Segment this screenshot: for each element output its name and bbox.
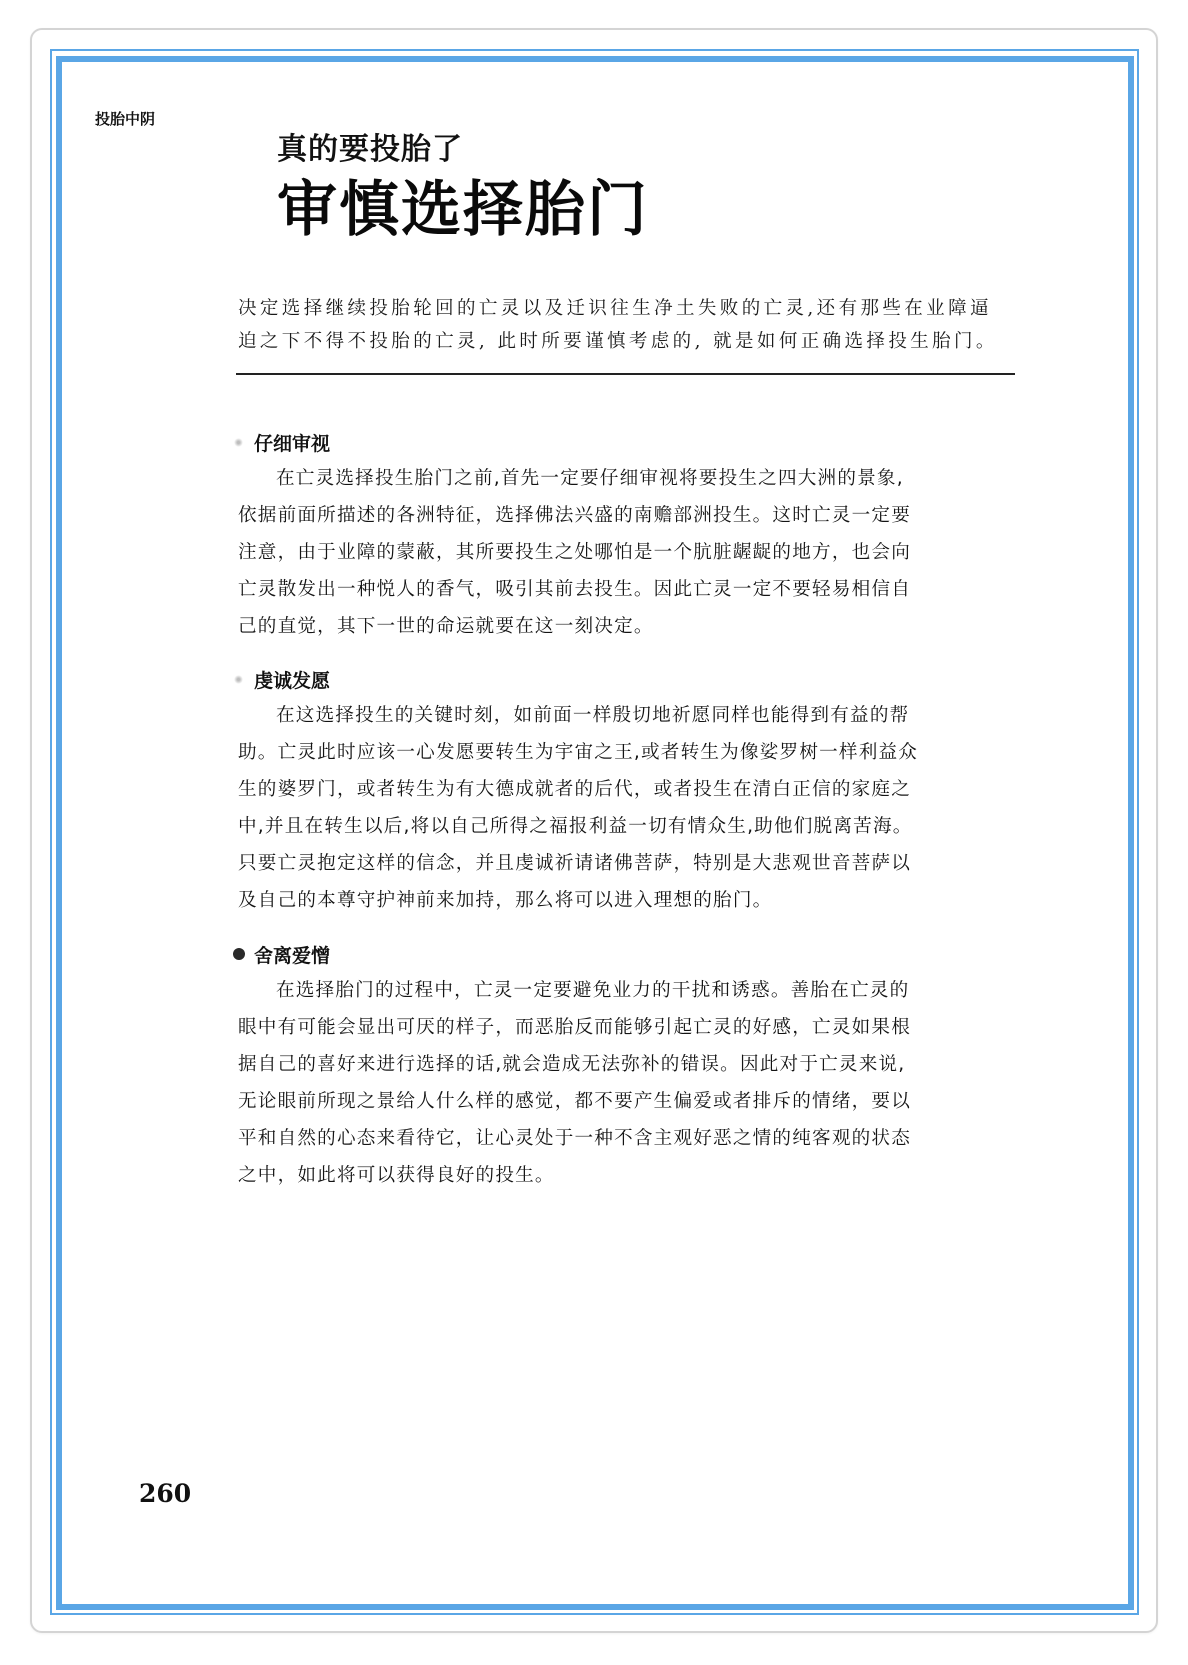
section-renounce-love-hate: 舍离爱憎 在选择胎门的过程中，亡灵一定要避免业力的干扰和诱惑。善胎在亡灵的 眼中… bbox=[238, 940, 1028, 1194]
lotus-bullet-icon bbox=[232, 435, 246, 449]
body-line: 在亡灵选择投生胎门之前,首先一定要仔细审视将要投生之四大洲的景象, bbox=[238, 460, 1028, 497]
intro-paragraph: 决定选择继续投胎轮回的亡灵以及迁识往生净土失败的亡灵,还有那些在业障逼 迫之下不… bbox=[238, 292, 1018, 358]
page-title: 审慎选择胎门 bbox=[277, 180, 649, 240]
body-line: 无论眼前所现之景给人什么样的感觉，都不要产生偏爱或者排斥的情绪，要以 bbox=[238, 1083, 1028, 1120]
body-line: 之中，如此将可以获得良好的投生。 bbox=[238, 1157, 1028, 1194]
body-line: 在选择胎门的过程中，亡灵一定要避免业力的干扰和诱惑。善胎在亡灵的 bbox=[238, 972, 1028, 1009]
body-line: 生的婆罗门，或者转生为有大德成就者的后代，或者投生在清白正信的家庭之 bbox=[238, 771, 1028, 808]
body-line: 亡灵散发出一种悦人的香气，吸引其前去投生。因此亡灵一定不要轻易相信自 bbox=[238, 571, 1028, 608]
body-line: 己的直觉，其下一世的命运就要在这一刻决定。 bbox=[238, 608, 1028, 645]
section-heading: 仔细审视 bbox=[232, 428, 1028, 456]
body-line: 据自己的喜好来进行选择的话,就会造成无法弥补的错误。因此对于亡灵来说, bbox=[238, 1046, 1028, 1083]
section-heading-text: 舍离爱憎 bbox=[254, 941, 330, 968]
running-head: 投胎中阴 bbox=[95, 108, 155, 129]
lotus-bullet-icon bbox=[232, 672, 246, 686]
intro-line: 决定选择继续投胎轮回的亡灵以及迁识往生净土失败的亡灵,还有那些在业障逼 bbox=[238, 292, 1018, 325]
body-line: 注意，由于业障的蒙蔽，其所要投生之处哪怕是一个肮脏龌龊的地方，也会向 bbox=[238, 534, 1028, 571]
body-line: 在这选择投生的关键时刻，如前面一样殷切地祈愿同样也能得到有益的帮 bbox=[238, 697, 1028, 734]
section-heading-text: 仔细审视 bbox=[254, 429, 330, 456]
section-body: 在选择胎门的过程中，亡灵一定要避免业力的干扰和诱惑。善胎在亡灵的 眼中有可能会显… bbox=[238, 972, 1028, 1194]
page-number: 260 bbox=[139, 1479, 191, 1508]
chapter-kicker: 真的要投胎了 bbox=[277, 124, 463, 168]
section-heading: 虔诚发愿 bbox=[232, 665, 1028, 693]
body-line: 助。亡灵此时应该一心发愿要转生为宇宙之王,或者转生为像娑罗树一样利益众 bbox=[238, 734, 1028, 771]
body-line: 中,并且在转生以后,将以自己所得之福报利益一切有情众生,助他们脱离苦海。 bbox=[238, 808, 1028, 845]
book-page: 投胎中阴 真的要投胎了 审慎选择胎门 决定选择继续投胎轮回的亡灵以及迁识往生净土… bbox=[0, 0, 1188, 1665]
section-heading: 舍离爱憎 bbox=[232, 940, 1028, 968]
section-heading-text: 虔诚发愿 bbox=[254, 666, 330, 693]
section-body: 在这选择投生的关键时刻，如前面一样殷切地祈愿同样也能得到有益的帮 助。亡灵此时应… bbox=[238, 697, 1028, 919]
body-line: 依据前面所描述的各洲特征，选择佛法兴盛的南赡部洲投生。这时亡灵一定要 bbox=[238, 497, 1028, 534]
section-body: 在亡灵选择投生胎门之前,首先一定要仔细审视将要投生之四大洲的景象, 依据前面所描… bbox=[238, 460, 1028, 645]
intro-line: 迫之下不得不投胎的亡灵, 此时所要谨慎考虑的, 就是如何正确选择投生胎门。 bbox=[238, 325, 1018, 358]
body-line: 及自己的本尊守护神前来加持，那么将可以进入理想的胎门。 bbox=[238, 882, 1028, 919]
section-sincere-vow: 虔诚发愿 在这选择投生的关键时刻，如前面一样殷切地祈愿同样也能得到有益的帮 助。… bbox=[238, 665, 1028, 919]
body-line: 平和自然的心态来看待它，让心灵处于一种不含主观好恶之情的纯客观的状态 bbox=[238, 1120, 1028, 1157]
horizontal-rule bbox=[236, 373, 1015, 375]
section-careful-examination: 仔细审视 在亡灵选择投生胎门之前,首先一定要仔细审视将要投生之四大洲的景象, 依… bbox=[238, 428, 1028, 645]
circle-bullet-icon bbox=[232, 947, 246, 961]
body-line: 只要亡灵抱定这样的信念，并且虔诚祈请诸佛菩萨，特别是大悲观世音菩萨以 bbox=[238, 845, 1028, 882]
body-line: 眼中有可能会显出可厌的样子，而恶胎反而能够引起亡灵的好感，亡灵如果根 bbox=[238, 1009, 1028, 1046]
